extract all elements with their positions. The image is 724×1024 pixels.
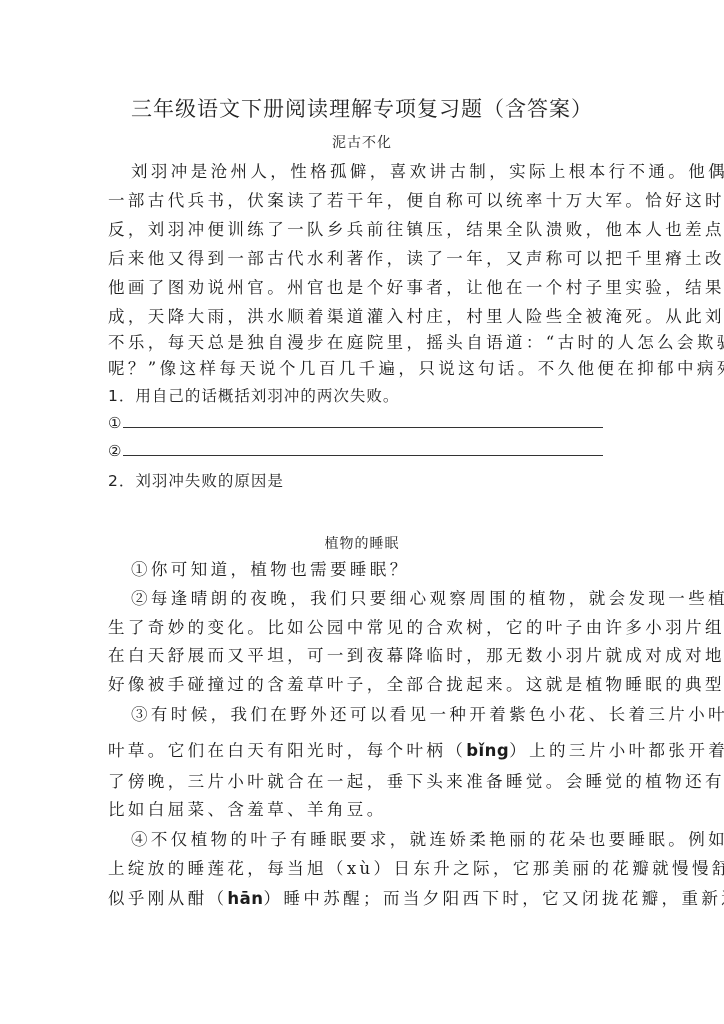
passage2-line: 好像被手碰撞过的含羞草叶子，全部合拢起来。这就是植物睡眠的典型现象。	[108, 671, 614, 695]
text-segment: 叶草。它们在白天有阳光时，每个叶柄（	[108, 741, 466, 760]
blank-marker: ②	[108, 442, 121, 460]
passage1-line: 成，天降大雨，洪水顺着渠道灌入村庄，村里人险些全被淹死。从此刘羽冲闷闷	[108, 303, 614, 327]
question-1: 1．用自己的话概括刘羽冲的两次失败。	[108, 384, 399, 406]
answer-blank-1[interactable]: ①	[108, 414, 603, 432]
pinyin: hān	[227, 889, 263, 908]
document-page: 三年级语文下册阅读理解专项复习题（含答案） 泥古不化 刘羽冲是沧州人，性格孤僻，…	[0, 0, 724, 1024]
passage2-line: 在白天舒展而又平坦，可一到夜幕降临时，那无数小羽片就成对成对地折合关闭，	[108, 642, 614, 666]
passage1-line: 他画了图劝说州官。州官也是个好事者，让他在一个村子里实验，结果沟渠刚挖	[108, 274, 614, 298]
passage1-line: 后来他又得到一部古代水利著作，读了一年，又声称可以把千里瘠土改造成良田。	[108, 245, 614, 269]
passage2-line: ④不仅植物的叶子有睡眠要求，就连娇柔艳丽的花朵也要睡眠。例如在水面	[131, 826, 614, 850]
pinyin: bǐng	[466, 741, 509, 760]
question-2: 2．刘羽冲失败的原因是	[108, 469, 284, 491]
blank-marker: ①	[108, 414, 121, 432]
passage1-line: 呢？”像这样每天说个几百几千遍，只说这句话。不久他便在抑郁中病死了。	[108, 355, 614, 379]
passage2-line: 了傍晚，三片小叶就合在一起，垂下头来准备睡觉。会睡觉的植物还有很多很多，	[108, 768, 614, 792]
text-segment: ）睡中苏醒；而当夕阳西下时，它又闭拢花瓣，重新进入睡眠	[264, 889, 724, 908]
passage2-line: ①你可知道，植物也需要睡眠？	[131, 556, 614, 580]
passage1-line: 一部古代兵书，伏案读了若干年，便自称可以统率十万大军。恰好这时有土匪造	[108, 187, 614, 211]
text-segment: ）日东升之际，它那美丽的花瓣就慢慢舒展开来，	[374, 859, 724, 878]
answer-line[interactable]	[123, 443, 603, 456]
text-segment: 似乎刚从酣（	[108, 889, 227, 908]
passage1-line: 反，刘羽冲便训练了一队乡兵前往镇压，结果全队溃败，他本人也差点儿被俘。	[108, 216, 614, 240]
passage2-line: 生了奇妙的变化。比如公园中常见的合欢树，它的叶子由许多小羽片组合而成，	[108, 614, 614, 638]
passage2-line: ③有时候，我们在野外还可以看见一种开着紫色小花、长着三片小叶的红三	[131, 701, 614, 725]
passage2-title: 植物的睡眠	[0, 533, 724, 553]
pinyin: xù	[347, 859, 374, 878]
answer-blank-2[interactable]: ②	[108, 442, 603, 460]
passage2-line: ②每逢晴朗的夜晚，我们只要细心观察周围的植物，就会发现一些植物已发	[131, 585, 614, 609]
text-segment: 上绽放的睡莲花，每当旭（	[108, 859, 347, 878]
passage2-line: 比如白屈菜、含羞草、羊角豆。	[108, 796, 614, 820]
answer-line[interactable]	[123, 415, 603, 428]
passage1-line: 不乐，每天总是独自漫步在庭院里，摇头自语道：“古时的人怎么会欺骗我	[108, 329, 614, 353]
passage2-line: 叶草。它们在白天有阳光时，每个叶柄（bǐng）上的三片小叶都张开着，但到	[108, 737, 614, 761]
passage1-line: 刘羽冲是沧州人，性格孤僻，喜欢讲古制，实际上根本行不通。他偶然得到	[131, 158, 614, 182]
passage2-line: 似乎刚从酣（hān）睡中苏醒；而当夕阳西下时，它又闭拢花瓣，重新进入睡眠	[108, 885, 614, 909]
passage1-title: 泥古不化	[0, 132, 724, 152]
document-title: 三年级语文下册阅读理解专项复习题（含答案）	[0, 93, 724, 123]
text-segment: ）上的三片小叶都张开着，但到	[509, 741, 724, 760]
passage2-line: 上绽放的睡莲花，每当旭（xù）日东升之际，它那美丽的花瓣就慢慢舒展开来，	[108, 855, 614, 879]
